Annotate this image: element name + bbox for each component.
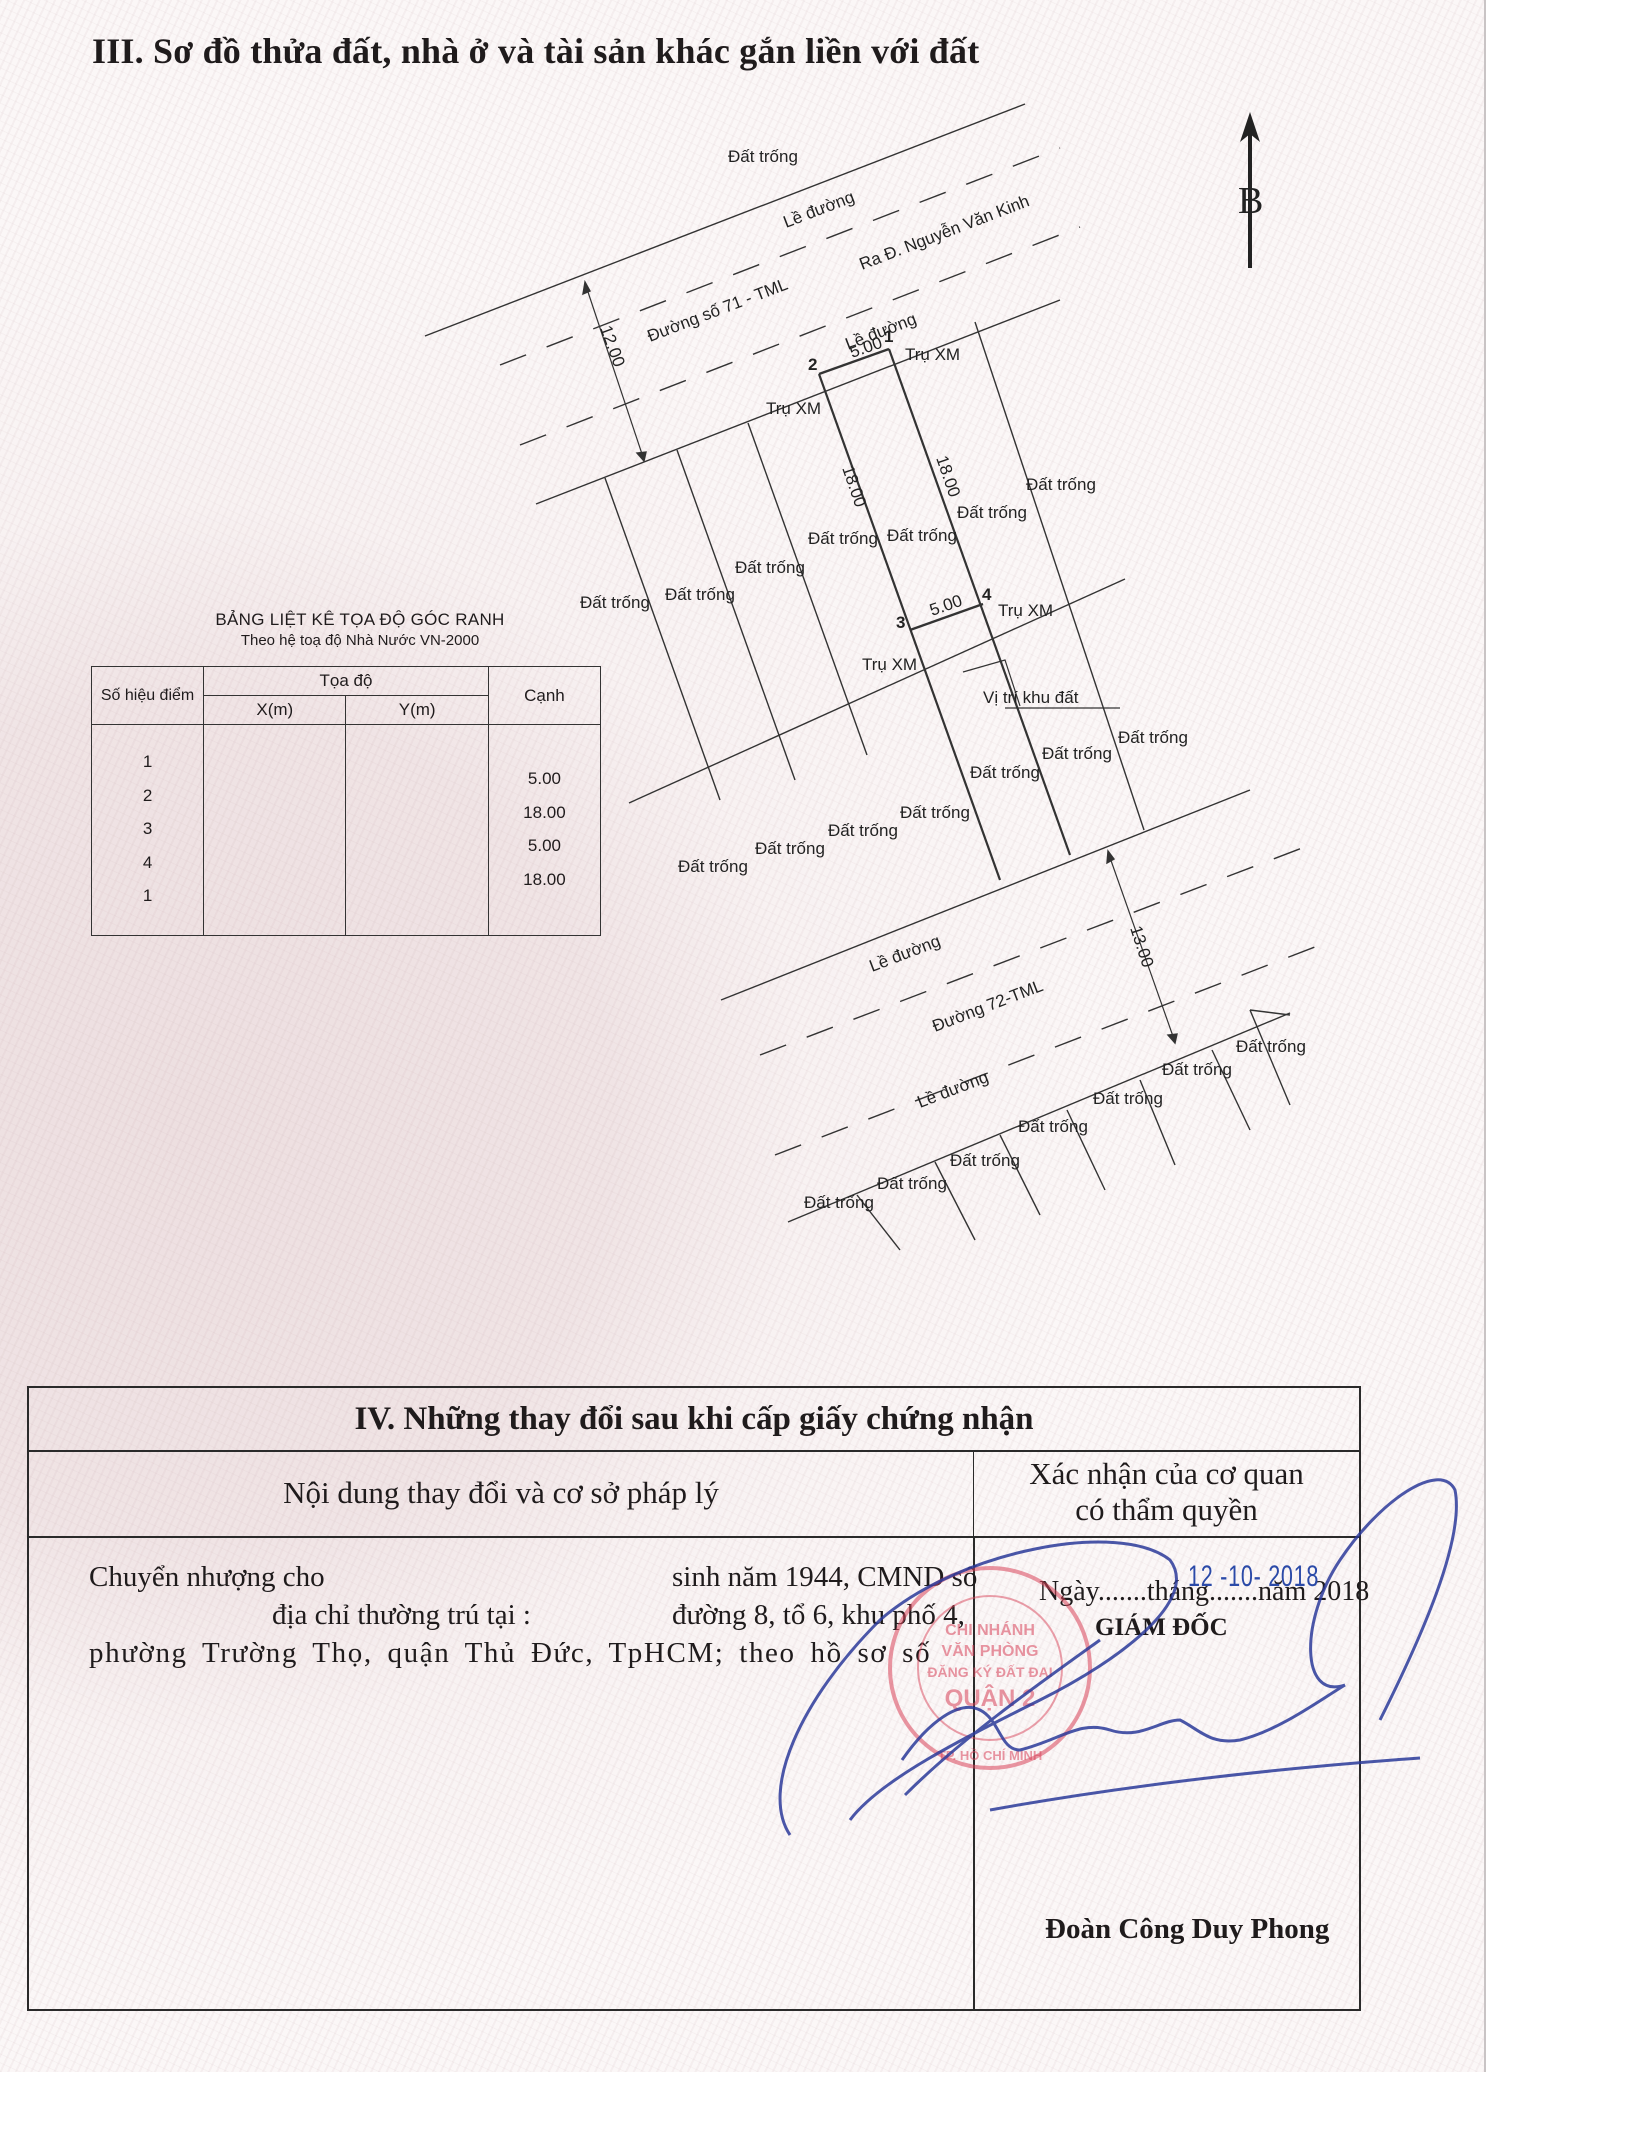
coord-table-subtitle: Theo hệ toạ độ Nhà Nước VN-2000 — [150, 632, 570, 649]
svg-text:Đất trống: Đất trống — [804, 1193, 874, 1212]
svg-text:Trụ XM: Trụ XM — [766, 399, 821, 418]
signer-name: Đoàn Công Duy Phong — [1045, 1913, 1329, 1946]
svg-text:Đường 72-TML: Đường 72-TML — [930, 976, 1046, 1036]
svg-text:Đất trống: Đất trống — [735, 558, 805, 577]
header-authority-confirm: Xác nhận của cơ quan có thẩm quyền — [974, 1456, 1359, 1528]
svg-text:18.00: 18.00 — [838, 463, 870, 509]
svg-text:Đất trống: Đất trống — [957, 503, 1027, 522]
svg-text:Đất trống: Đất trống — [887, 526, 957, 545]
section4-title: IV. Những thay đổi sau khi cấp giấy chứn… — [29, 1388, 1359, 1452]
svg-text:2: 2 — [808, 355, 817, 374]
svg-text:Đất trống: Đất trống — [1236, 1037, 1306, 1056]
svg-text:Đất trống: Đất trống — [828, 821, 898, 840]
authority-confirmation: Ngày.......tháng.......năm 2018 12 -10- … — [975, 1536, 1360, 2006]
svg-text:Đất trống: Đất trống — [900, 803, 970, 822]
svg-text:Trụ XM: Trụ XM — [998, 601, 1053, 620]
coord-table-title: BẢNG LIỆT KÊ TỌA ĐỘ GÓC RANH — [150, 610, 570, 630]
svg-text:Đất trống: Đất trống — [678, 857, 748, 876]
svg-text:Trụ XM: Trụ XM — [905, 345, 960, 364]
header-coords: Tọa độ — [204, 667, 489, 696]
y-values — [346, 725, 488, 936]
change-content: Chuyển nhượng chosinh năm 1944, CMND số … — [89, 1558, 969, 1672]
header-edge: Cạnh — [488, 667, 600, 725]
svg-text:Đất trống: Đất trống — [1026, 475, 1096, 494]
svg-text:Đất trống: Đất trống — [580, 593, 650, 612]
point-list: 1 2 3 4 1 — [92, 725, 203, 913]
north-arrow-icon: B — [1238, 112, 1263, 268]
svg-text:Lề đường: Lề đường — [915, 1067, 991, 1111]
edge-list: 5.00 18.00 5.00 18.00 — [489, 725, 600, 896]
svg-text:18.00: 18.00 — [932, 453, 964, 499]
header-change-content: Nội dung thay đổi và cơ sở pháp lý — [29, 1450, 974, 1536]
director-title: GIÁM ĐỐC — [1095, 1614, 1228, 1642]
svg-text:Đất trống: Đất trống — [1018, 1117, 1088, 1136]
svg-text:4: 4 — [982, 585, 992, 604]
svg-text:Vị trí khu đất: Vị trí khu đất — [983, 688, 1079, 707]
svg-text:Đất trống: Đất trống — [1118, 728, 1188, 747]
svg-text:5.00: 5.00 — [927, 591, 964, 620]
parcel-diagram: B — [0, 0, 1652, 1300]
svg-text:Trụ XM: Trụ XM — [862, 655, 917, 674]
svg-text:Đất trống: Đất trống — [970, 763, 1040, 782]
x-values — [204, 725, 346, 936]
svg-text:Đất trống: Đất trống — [950, 1151, 1020, 1170]
svg-text:12.00: 12.00 — [596, 323, 628, 369]
header-point: Số hiệu điểm — [92, 667, 204, 725]
svg-text:Đất trống: Đất trống — [665, 585, 735, 604]
svg-text:Đất trống: Đất trống — [1162, 1060, 1232, 1079]
coord-table: Số hiệu điểm Tọa độ Cạnh X(m) Y(m) 1 2 3… — [91, 666, 601, 936]
svg-text:B: B — [1238, 180, 1263, 222]
date-stamp: 12 -10- 2018 — [1188, 1560, 1319, 1594]
svg-text:Đất trống: Đất trống — [1093, 1089, 1163, 1108]
svg-text:Đất trống: Đất trống — [1042, 744, 1112, 763]
svg-text:Đất trống: Đất trống — [877, 1174, 947, 1193]
svg-text:1: 1 — [884, 327, 893, 346]
svg-text:Đất trống: Đất trống — [808, 529, 878, 548]
svg-text:Ra Đ. Nguyễn Văn Kinh: Ra Đ. Nguyễn Văn Kinh — [857, 191, 1032, 273]
svg-text:Đất trống: Đất trống — [755, 839, 825, 858]
svg-text:3: 3 — [896, 613, 905, 632]
coord-table-caption: BẢNG LIỆT KÊ TỌA ĐỘ GÓC RANH Theo hệ toạ… — [150, 610, 570, 649]
header-y: Y(m) — [346, 696, 488, 725]
svg-text:13.00: 13.00 — [1126, 923, 1157, 969]
svg-text:Đất trống: Đất trống — [728, 147, 798, 166]
changes-table: IV. Những thay đổi sau khi cấp giấy chứn… — [27, 1386, 1361, 2011]
svg-text:Đường số 71 - TML: Đường số 71 - TML — [645, 275, 791, 346]
header-x: X(m) — [204, 696, 346, 725]
changes-table-header: Nội dung thay đổi và cơ sở pháp lý Xác n… — [29, 1450, 1359, 1538]
